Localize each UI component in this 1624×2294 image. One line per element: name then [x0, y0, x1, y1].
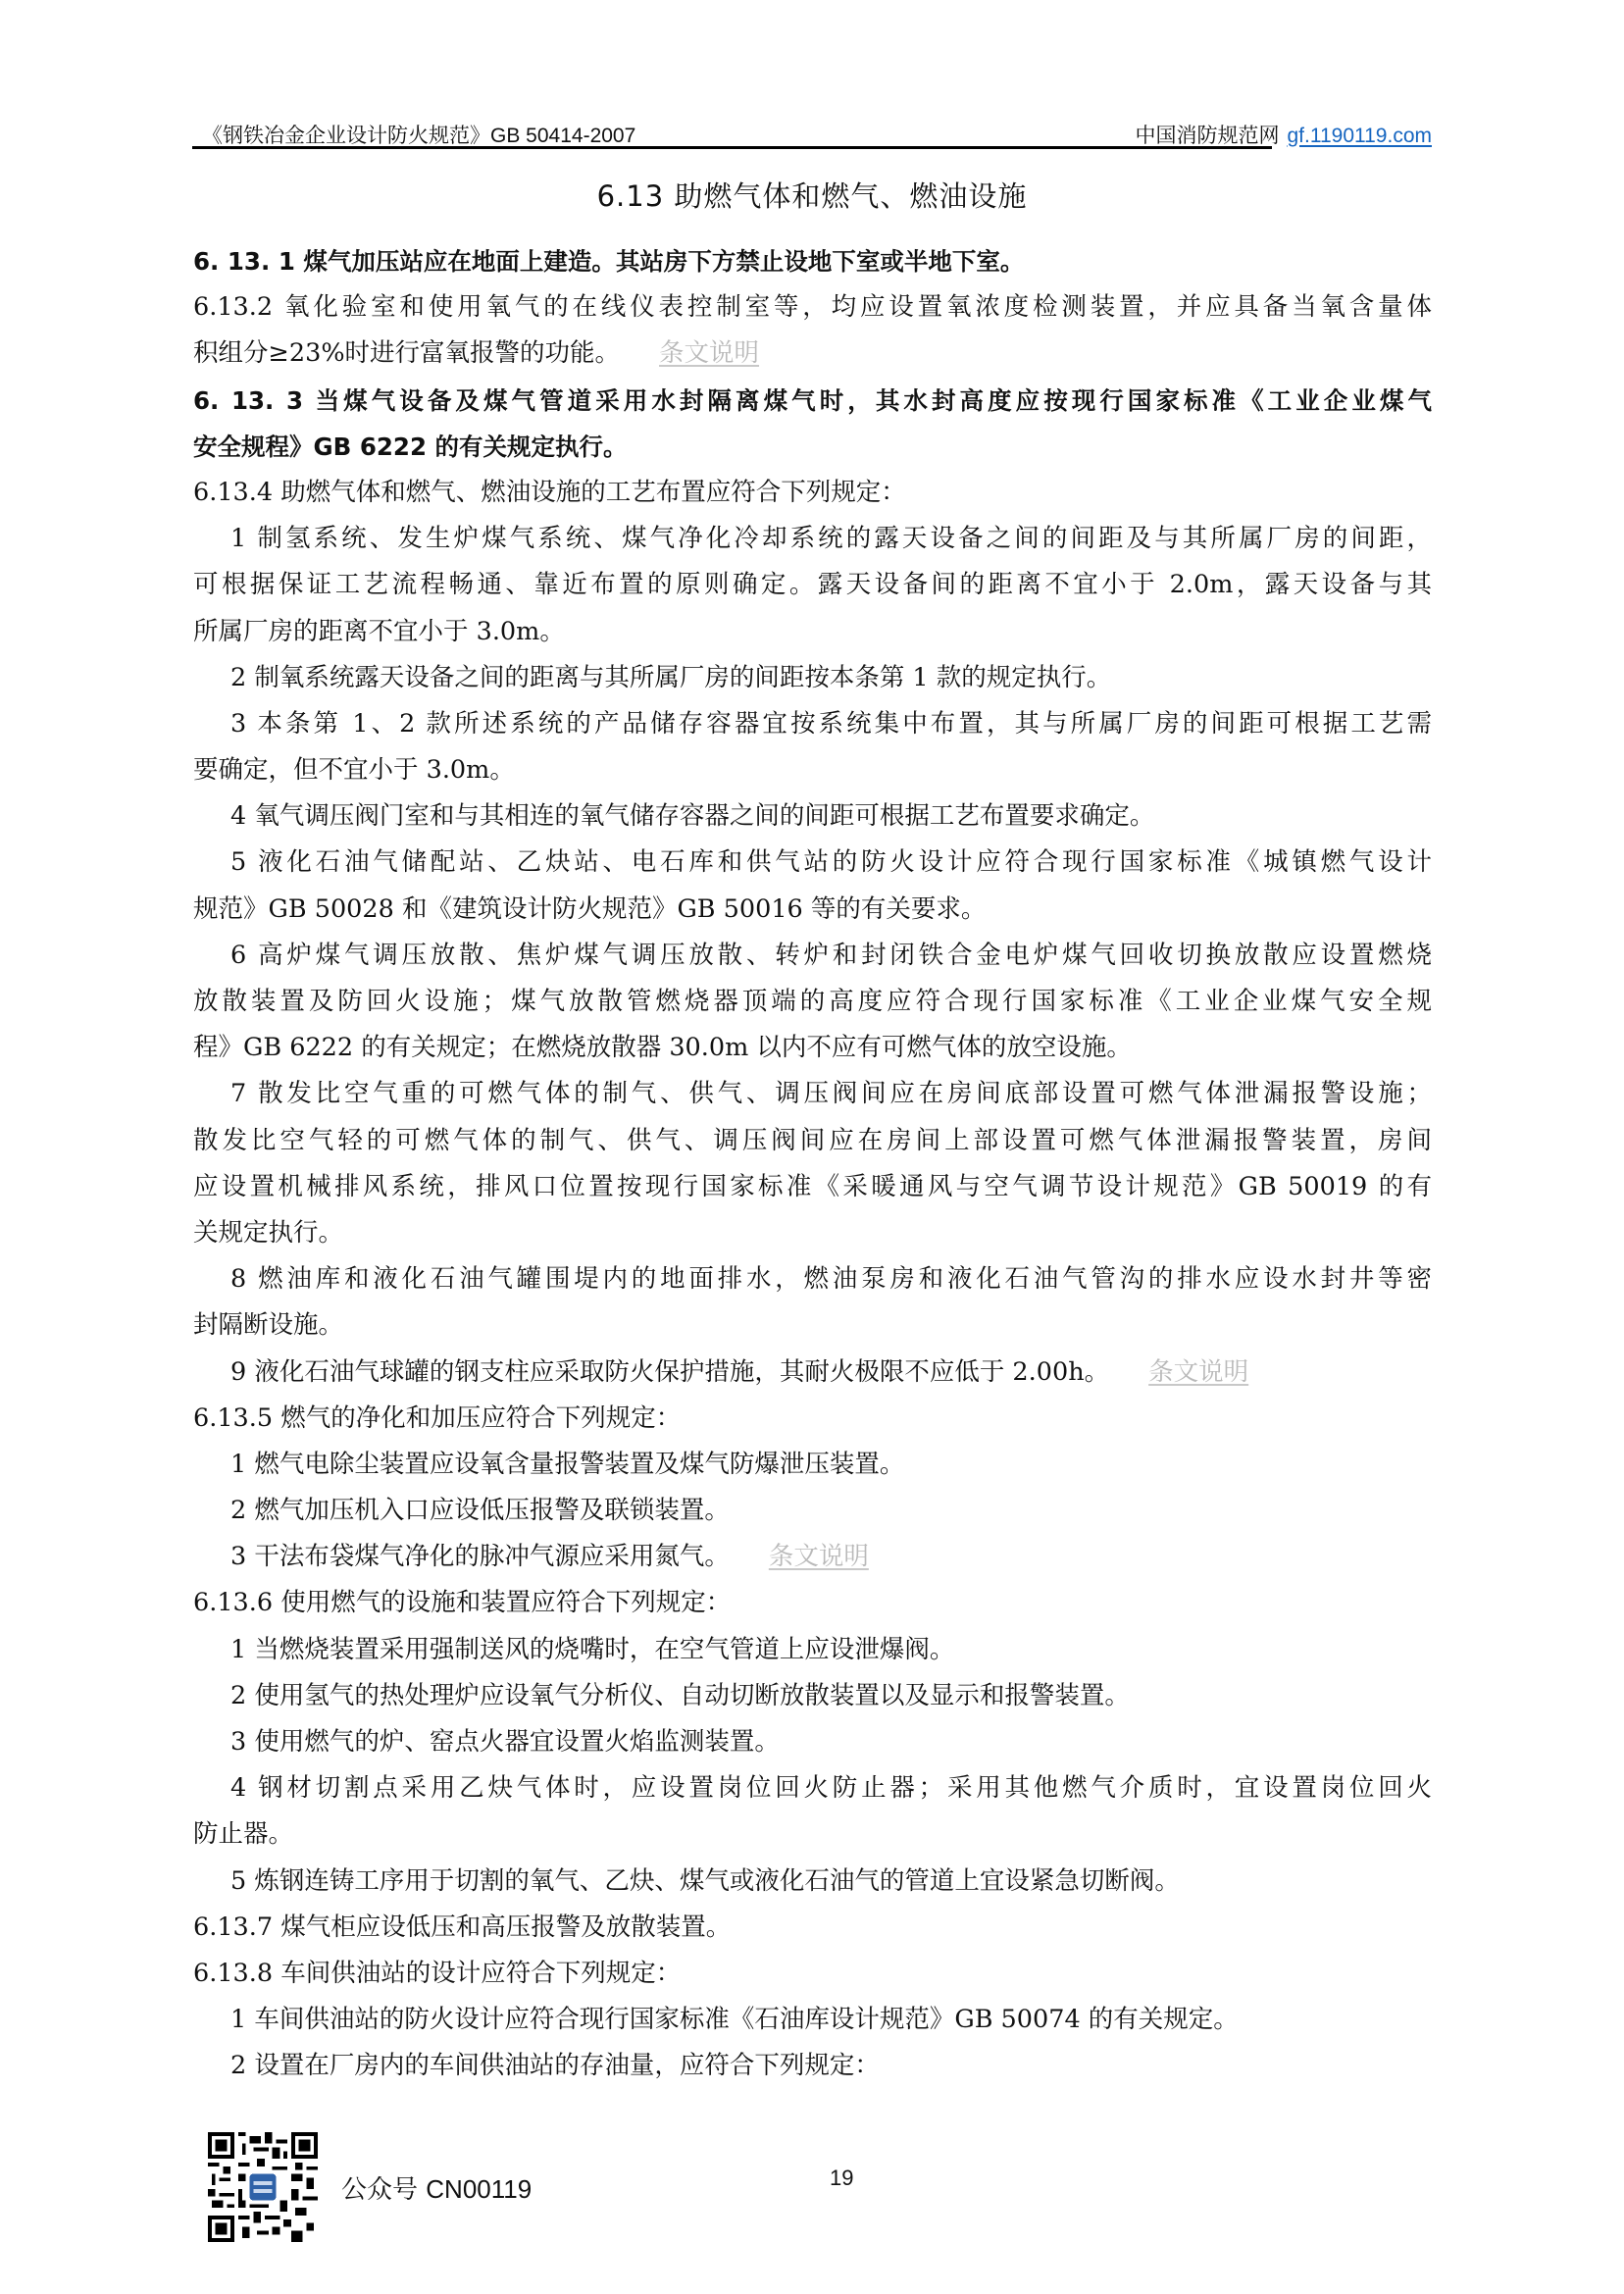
- line-text: 6.13.8 车间供油站的设计应符合下列规定：: [193, 1959, 681, 1988]
- section-title: 6.13 助燃气体和燃气、燃油设施: [0, 175, 1624, 215]
- text-line: 积组分≥23%时进行富氧报警的功能。条文说明: [193, 331, 1432, 377]
- line-text: 5 液化石油气储配站、乙炔站、电石库和供气站的防火设计应符合现行国家标准《城镇燃…: [230, 847, 1432, 877]
- text-line: 所属厂房的距离不宜小于 3.0m。: [193, 609, 1432, 655]
- text-line: 2 制氧系统露天设备之间的距离与其所属厂房的间距按本条第 1 款的规定执行。: [193, 655, 1432, 701]
- line-text: 放散装置及防回火设施；煤气放散管燃烧器顶端的高度应符合现行国家标准《工业企业煤气…: [193, 987, 1432, 1016]
- text-line: 6. 13. 3 当煤气设备及煤气管道采用水封隔离煤气时，其水封高度应按现行国家…: [193, 378, 1432, 424]
- text-line: 3 本条第 1、2 款所述系统的产品储存容器宜按系统集中布置，其与所属厂房的间距…: [193, 701, 1432, 747]
- text-line: 防止器。: [193, 1811, 1432, 1858]
- text-line: 3 使用燃气的炉、窑点火器宜设置火焰监测装置。: [193, 1719, 1432, 1765]
- line-text: 3 本条第 1、2 款所述系统的产品储存容器宜按系统集中布置，其与所属厂房的间距…: [230, 709, 1432, 739]
- text-line: 1 车间供油站的防火设计应符合现行国家标准《石油库设计规范》GB 50074 的…: [193, 1997, 1432, 2043]
- line-text: 应设置机械排风系统，排风口位置按现行国家标准《采暖通风与空气调节设计规范》GB …: [193, 1172, 1432, 1201]
- line-text: 6.13.5 燃气的净化和加压应符合下列规定：: [193, 1403, 681, 1433]
- line-text: 6.13.7 煤气柜应设低压和高压报警及放散装置。: [193, 1912, 731, 1942]
- line-text: 2 燃气加压机入口应设低压报警及联锁装置。: [230, 1496, 730, 1525]
- line-text: 6 高炉煤气调压放散、焦炉煤气调压放散、转炉和封闭铁合金电炉煤气回收切换放散应设…: [230, 941, 1432, 970]
- line-text: 防止器。: [193, 1819, 293, 1849]
- line-text: 1 制氢系统、发生炉煤气系统、煤气净化冷却系统的露天设备之间的间距及与其所属厂房…: [230, 524, 1432, 553]
- text-line: 应设置机械排风系统，排风口位置按现行国家标准《采暖通风与空气调节设计规范》GB …: [193, 1164, 1432, 1210]
- line-text: 安全规程》GB 6222 的有关规定执行。: [193, 433, 628, 461]
- text-line: 6.13.2 氧化验室和使用氧气的在线仪表控制室等，均应设置氧浓度检测装置，并应…: [193, 284, 1432, 331]
- line-text: 5 炼钢连铸工序用于切割的氧气、乙炔、煤气或液化石油气的管道上宜设紧急切断阀。: [230, 1866, 1180, 1896]
- text-line: 4 钢材切割点采用乙炔气体时，应设置岗位回火防止器；采用其他燃气介质时，宜设置岗…: [193, 1765, 1432, 1811]
- text-line: 7 散发比空气重的可燃气体的制气、供气、调压阀间应在房间底部设置可燃气体泄漏报警…: [193, 1071, 1432, 1117]
- text-line: 安全规程》GB 6222 的有关规定执行。: [193, 424, 1432, 470]
- line-text: 散发比空气轻的可燃气体的制气、供气、调压阀间应在房间上部设置可燃气体泄漏报警装置…: [193, 1126, 1432, 1155]
- account-id: CN00119: [426, 2174, 532, 2204]
- line-text: 8 燃油库和液化石油气罐围堤内的地面排水，燃油泵房和液化石油气管沟的排水应设水封…: [230, 1264, 1432, 1294]
- account-label: 公众号: [341, 2175, 426, 2205]
- text-line: 6.13.4 助燃气体和燃气、燃油设施的工艺布置应符合下列规定：: [193, 470, 1432, 516]
- line-text: 关规定执行。: [193, 1218, 343, 1248]
- text-line: 5 炼钢连铸工序用于切割的氧气、乙炔、煤气或液化石油气的管道上宜设紧急切断阀。: [193, 1859, 1432, 1905]
- line-text: 2 制氧系统露天设备之间的距离与其所属厂房的间距按本条第 1 款的规定执行。: [230, 663, 1111, 692]
- document-body: 6. 13. 1 煤气加压站应在地面上建造。其站房下方禁止设地下室或半地下室。6…: [193, 238, 1432, 2090]
- line-text: 9 液化石油气球罐的钢支柱应采取防火保护措施，其耐火极限不应低于 2.00h。: [230, 1357, 1109, 1387]
- text-line: 程》GB 6222 的有关规定；在燃烧放散器 30.0m 以内不应有可燃气体的放…: [193, 1025, 1432, 1071]
- line-text: 可根据保证工艺流程畅通、靠近布置的原则确定。露天设备间的距离不宜小于 2.0m，…: [193, 570, 1432, 599]
- text-line: 封隔断设施。: [193, 1302, 1432, 1349]
- text-line: 1 当燃烧装置采用强制送风的烧嘴时，在空气管道上应设泄爆阀。: [193, 1627, 1432, 1673]
- line-text: 程》GB 6222 的有关规定；在燃烧放散器 30.0m 以内不应有可燃气体的放…: [193, 1033, 1132, 1062]
- line-text: 1 燃气电除尘装置应设氧含量报警装置及煤气防爆泄压装置。: [230, 1450, 904, 1479]
- line-text: 6.13.4 助燃气体和燃气、燃油设施的工艺布置应符合下列规定：: [193, 478, 906, 507]
- text-line: 要确定，但不宜小于 3.0m。: [193, 747, 1432, 793]
- text-line: 9 液化石油气球罐的钢支柱应采取防火保护措施，其耐火极限不应低于 2.00h。条…: [193, 1350, 1432, 1396]
- site-link[interactable]: gf.1190119.com: [1288, 125, 1433, 147]
- text-line: 关规定执行。: [193, 1210, 1432, 1256]
- text-line: 2 设置在厂房内的车间供油站的存油量，应符合下列规定：: [193, 2043, 1432, 2089]
- line-text: 6.13.2 氧化验室和使用氧气的在线仪表控制室等，均应设置氧浓度检测装置，并应…: [193, 292, 1432, 322]
- line-text: 6. 13. 1 煤气加压站应在地面上建造。其站房下方禁止设地下室或半地下室。: [193, 247, 1024, 276]
- page-number: 19: [830, 2166, 853, 2191]
- text-line: 6.13.6 使用燃气的设施和装置应符合下列规定：: [193, 1580, 1432, 1626]
- line-text: 1 车间供油站的防火设计应符合现行国家标准《石油库设计规范》GB 50074 的…: [230, 2005, 1239, 2034]
- line-text: 6.13.6 使用燃气的设施和装置应符合下列规定：: [193, 1588, 731, 1617]
- text-line: 4 氧气调压阀门室和与其相连的氧气储存容器之间的间距可根据工艺布置要求确定。: [193, 793, 1432, 840]
- site-name: 中国消防规范网: [1136, 125, 1280, 147]
- text-line: 6.13.5 燃气的净化和加压应符合下列规定：: [193, 1396, 1432, 1442]
- text-line: 8 燃油库和液化石油气罐围堤内的地面排水，燃油泵房和液化石油气管沟的排水应设水封…: [193, 1256, 1432, 1302]
- text-line: 6.13.8 车间供油站的设计应符合下列规定：: [193, 1951, 1432, 1997]
- document-title: 《钢铁冶金企业设计防火规范》GB 50414-2007: [202, 120, 635, 149]
- text-line: 6 高炉煤气调压放散、焦炉煤气调压放散、转炉和封闭铁合金电炉煤气回收切换放散应设…: [193, 933, 1432, 979]
- official-account: 公众号 CN00119: [341, 2169, 532, 2206]
- line-text: 要确定，但不宜小于 3.0m。: [193, 755, 515, 785]
- line-text: 4 氧气调压阀门室和与其相连的氧气储存容器之间的间距可根据工艺布置要求确定。: [230, 801, 1154, 831]
- page-header: 《钢铁冶金企业设计防火规范》GB 50414-2007 中国消防规范网gf.11…: [192, 116, 1432, 149]
- line-text: 1 当燃烧装置采用强制送风的烧嘴时，在空气管道上应设泄爆阀。: [230, 1635, 954, 1664]
- text-line: 2 燃气加压机入口应设低压报警及联锁装置。: [193, 1488, 1432, 1534]
- line-text: 2 设置在厂房内的车间供油站的存油量，应符合下列规定：: [230, 2051, 880, 2080]
- text-line: 可根据保证工艺流程畅通、靠近布置的原则确定。露天设备间的距离不宜小于 2.0m，…: [193, 562, 1432, 608]
- text-line: 1 燃气电除尘装置应设氧含量报警装置及煤气防爆泄压装置。: [193, 1442, 1432, 1488]
- line-text: 封隔断设施。: [193, 1310, 343, 1340]
- line-text: 积组分≥23%时进行富氧报警的功能。: [193, 338, 620, 368]
- line-text: 7 散发比空气重的可燃气体的制气、供气、调压阀间应在房间底部设置可燃气体泄漏报警…: [230, 1079, 1432, 1108]
- text-line: 1 制氢系统、发生炉煤气系统、煤气净化冷却系统的露天设备之间的间距及与其所属厂房…: [193, 516, 1432, 562]
- text-line: 2 使用氢气的热处理炉应设氧气分析仪、自动切断放散装置以及显示和报警装置。: [193, 1673, 1432, 1719]
- text-line: 6. 13. 1 煤气加压站应在地面上建造。其站房下方禁止设地下室或半地下室。: [193, 238, 1432, 284]
- line-text: 3 使用燃气的炉、窑点火器宜设置火焰监测装置。: [230, 1727, 780, 1757]
- site-info: 中国消防规范网gf.1190119.com: [1136, 120, 1433, 149]
- text-line: 5 液化石油气储配站、乙炔站、电石库和供气站的防火设计应符合现行国家标准《城镇燃…: [193, 840, 1432, 886]
- qr-code-icon: [208, 2131, 318, 2243]
- line-text: 2 使用氢气的热处理炉应设氧气分析仪、自动切断放散装置以及显示和报警装置。: [230, 1681, 1130, 1710]
- text-line: 3 干法布袋煤气净化的脉冲气源应采用氮气。条文说明: [193, 1534, 1432, 1580]
- line-text: 4 钢材切割点采用乙炔气体时，应设置岗位回火防止器；采用其他燃气介质时，宜设置岗…: [230, 1773, 1432, 1803]
- text-line: 6.13.7 煤气柜应设低压和高压报警及放散装置。: [193, 1905, 1432, 1951]
- line-text: 6. 13. 3 当煤气设备及煤气管道采用水封隔离煤气时，其水封高度应按现行国家…: [193, 386, 1432, 415]
- line-text: 3 干法布袋煤气净化的脉冲气源应采用氮气。: [230, 1542, 730, 1571]
- line-text: 规范》GB 50028 和《建筑设计防火规范》GB 50016 等的有关要求。: [193, 894, 986, 924]
- line-text: 所属厂房的距离不宜小于 3.0m。: [193, 617, 565, 646]
- text-line: 放散装置及防回火设施；煤气放散管燃烧器顶端的高度应符合现行国家标准《工业企业煤气…: [193, 979, 1432, 1025]
- text-line: 规范》GB 50028 和《建筑设计防火规范》GB 50016 等的有关要求。: [193, 887, 1432, 933]
- clause-explanation-link[interactable]: 条文说明: [659, 338, 759, 368]
- clause-explanation-link[interactable]: 条文说明: [769, 1542, 869, 1571]
- text-line: 散发比空气轻的可燃气体的制气、供气、调压阀间应在房间上部设置可燃气体泄漏报警装置…: [193, 1118, 1432, 1164]
- clause-explanation-link[interactable]: 条文说明: [1148, 1357, 1248, 1387]
